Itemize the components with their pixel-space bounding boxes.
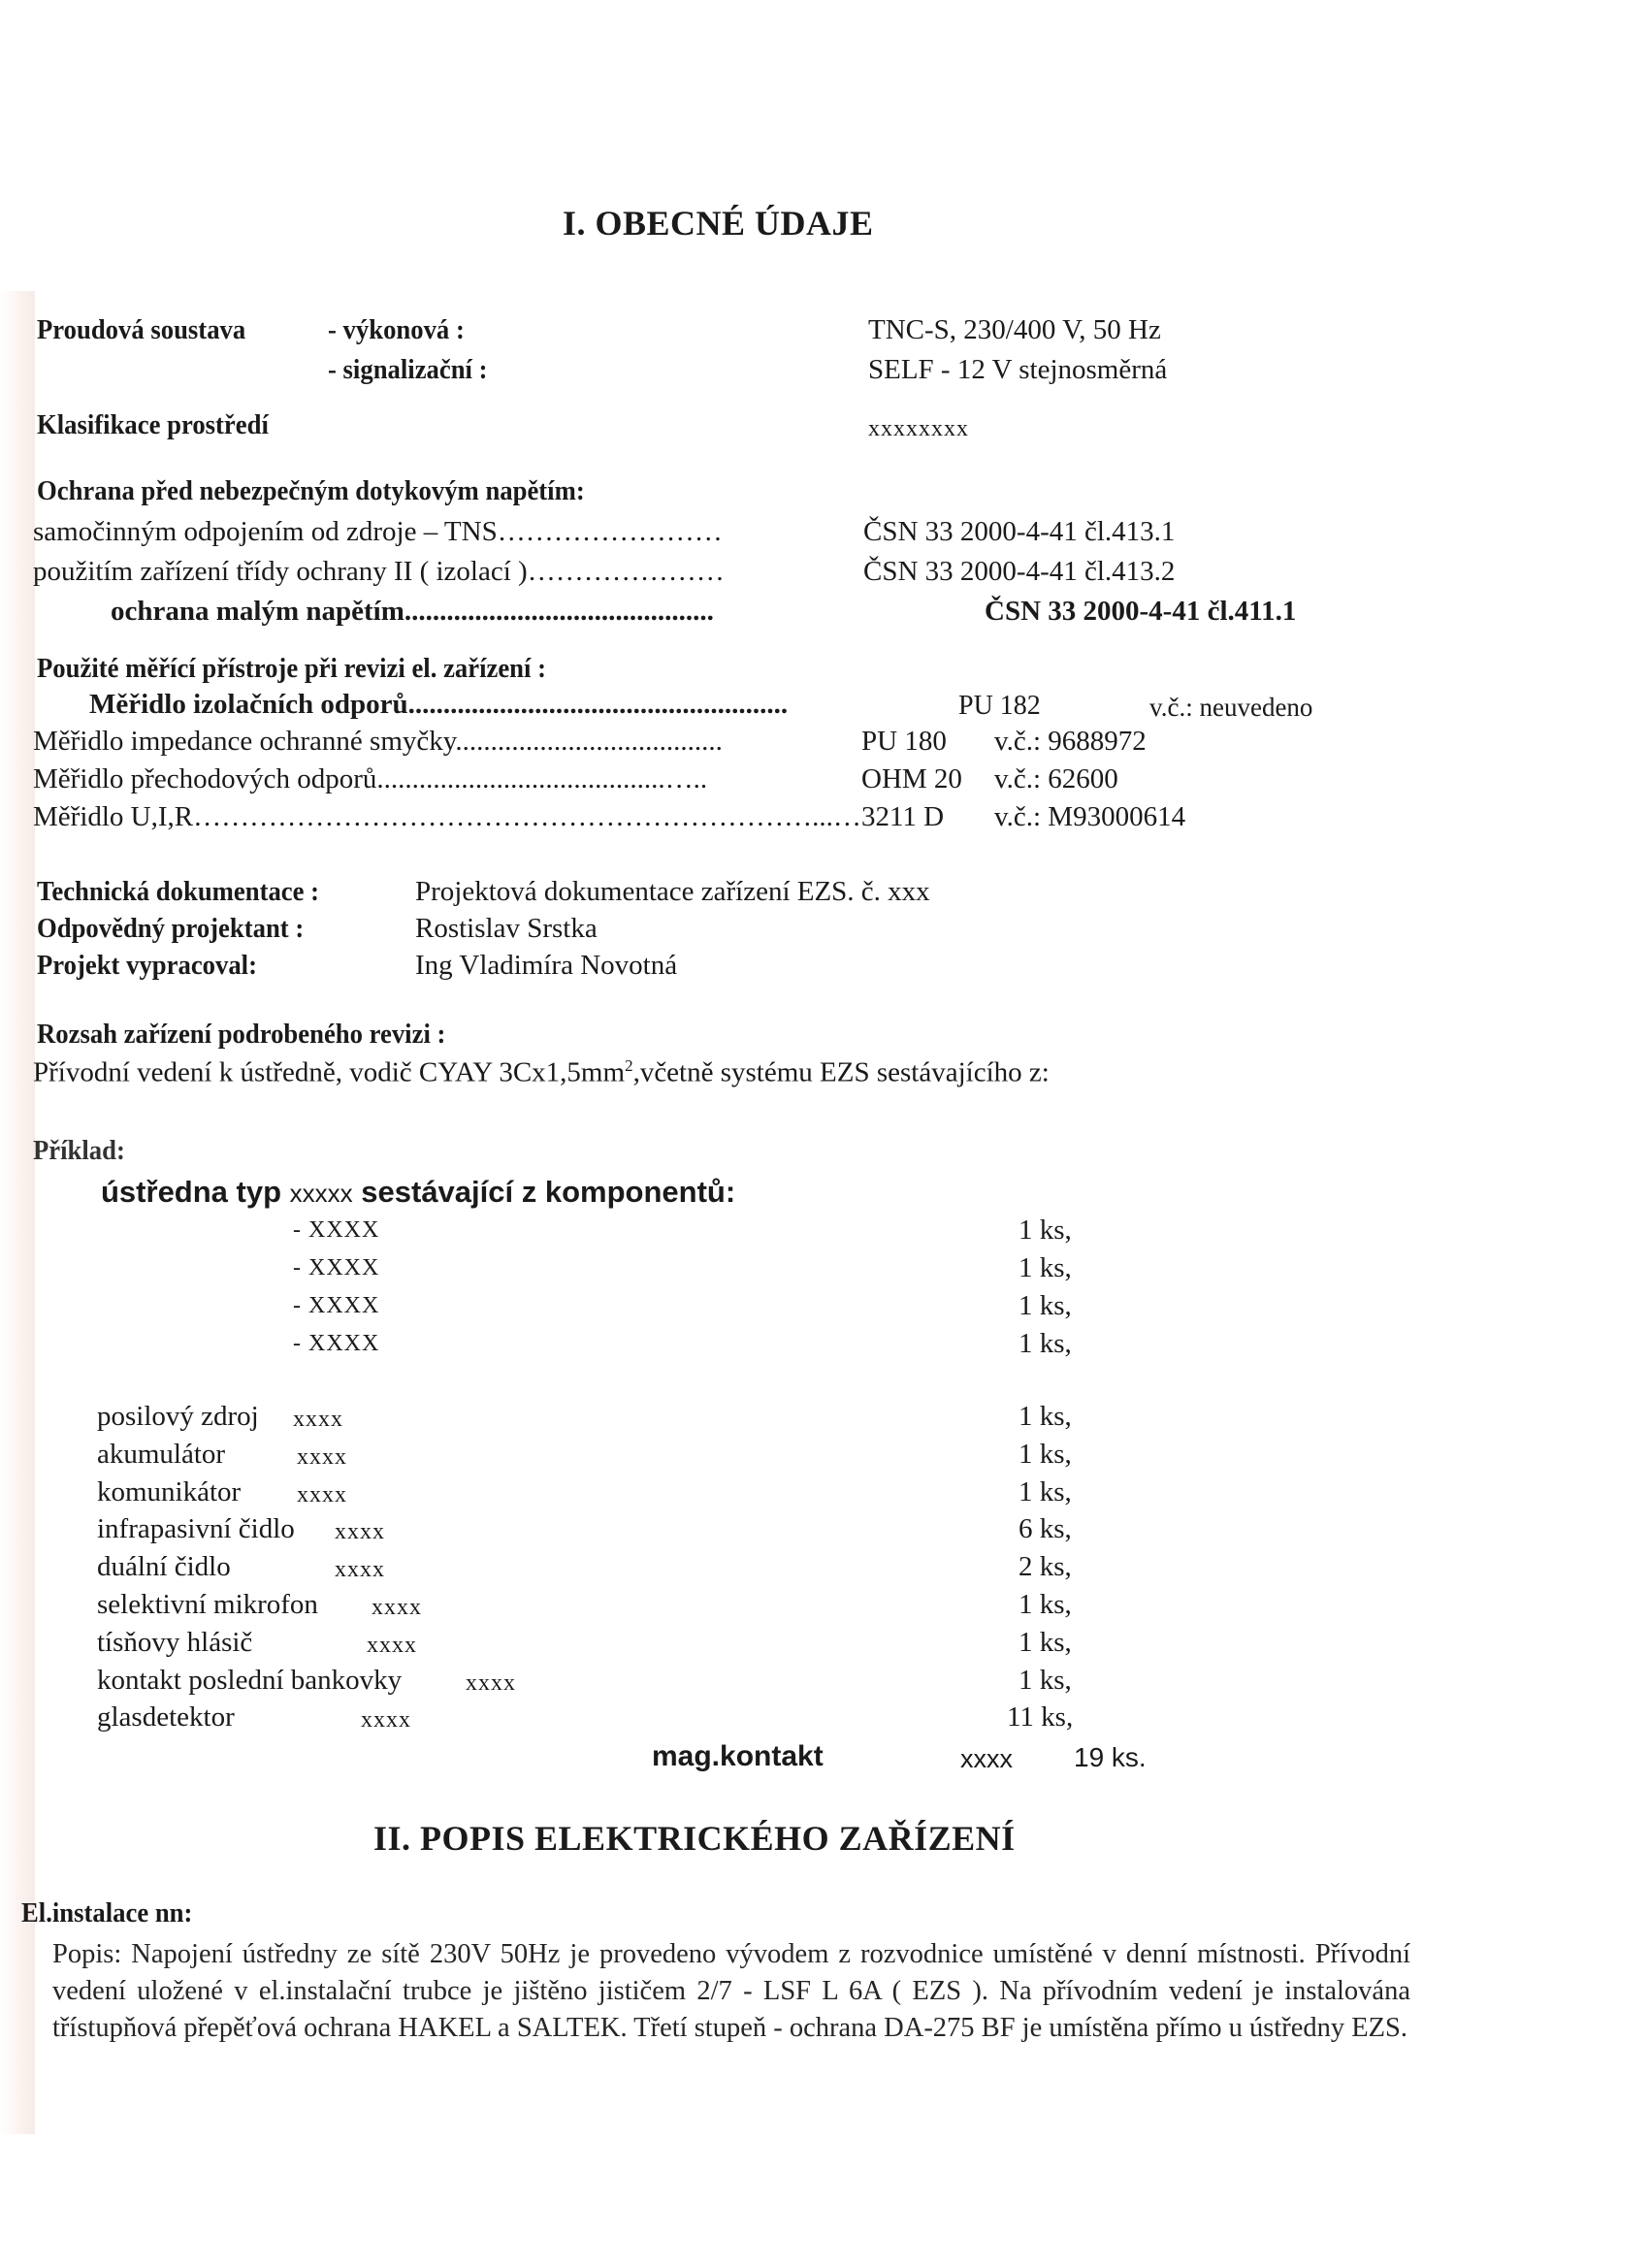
instrument-label: Měřidlo izolačních odporů bbox=[89, 689, 408, 720]
leader-dots: ........................................… bbox=[404, 596, 714, 627]
protection-row: použitím zařízení třídy ochrany II ( izo… bbox=[33, 558, 725, 586]
environment-value: xxxxxxxx bbox=[868, 417, 969, 440]
installation-subheading: El.instalace nn: bbox=[21, 1899, 192, 1928]
example-label: Příklad: bbox=[33, 1137, 125, 1165]
doc-label-prepared-by: Projekt vypracoval: bbox=[37, 952, 257, 980]
component-qty: 1 ks, bbox=[1018, 1254, 1072, 1282]
instrument-label: Měřidlo impedance ochranné smyčky bbox=[33, 726, 455, 757]
component-qty: 1 ks, bbox=[1018, 1292, 1072, 1320]
instrument-model: PU 180 bbox=[861, 728, 947, 756]
component-type: xxxx bbox=[372, 1596, 422, 1619]
installation-description: Popis: Napojení ústředny ze sítě 230V 50… bbox=[52, 1936, 1410, 2047]
protection-row: samočinným odpojením od zdroje – TNS…………… bbox=[33, 518, 723, 546]
current-system-label: Proudová soustava bbox=[37, 316, 245, 344]
leader-dots: ........................................… bbox=[408, 689, 789, 720]
protection-row-label: samočinným odpojením od zdroje – TNS bbox=[33, 516, 498, 547]
component-type: xxxx bbox=[335, 1520, 385, 1543]
scope-text-start: Přívodní vedení k ústředně, vodič CYAY 3… bbox=[33, 1057, 625, 1088]
component-name: akumulátor bbox=[97, 1441, 225, 1469]
component-name: komunikátor bbox=[97, 1478, 241, 1507]
instrument-row: Měřidlo impedance ochranné smyčky.......… bbox=[33, 728, 723, 756]
doc-value-prepared-by: Ing Vladimíra Novotná bbox=[415, 952, 677, 980]
instrument-row: Měřidlo přechodových odporů.............… bbox=[33, 765, 707, 794]
component-type: xxxx bbox=[293, 1408, 343, 1431]
protection-row-norm: ČSN 33 2000-4-41 čl.411.1 bbox=[985, 598, 1296, 626]
doc-value-technical: Projektová dokumentace zařízení EZS. č. … bbox=[415, 878, 930, 906]
leader-dots: …………………… bbox=[498, 516, 723, 547]
protection-row-label: použitím zařízení třídy ochrany II ( izo… bbox=[33, 556, 528, 587]
instrument-row: Měřidlo izolačních odporů...............… bbox=[89, 691, 788, 719]
leader-dots: ........................................… bbox=[376, 763, 707, 794]
scope-heading: Rozsah zařízení podrobeného revizi : bbox=[37, 1021, 445, 1049]
leader-dots: ………………… bbox=[528, 556, 725, 587]
component-qty: 1 ks, bbox=[1018, 1629, 1072, 1657]
component-type: xxxx bbox=[367, 1634, 417, 1657]
component-name: posilový zdroj bbox=[97, 1403, 259, 1431]
mag-contact-qty: 19 ks. bbox=[1074, 1744, 1147, 1771]
instrument-serial: v.č.: M93000614 bbox=[994, 803, 1185, 831]
component-type: xxxx bbox=[335, 1558, 385, 1581]
power-system-label: - výkonová : bbox=[328, 316, 465, 344]
component-name: infrapasivní čidlo bbox=[97, 1515, 295, 1543]
doc-value-designer: Rostislav Srstka bbox=[415, 915, 598, 943]
section-1-title: I. OBECNÉ ÚDAJE bbox=[563, 206, 874, 241]
protection-row-norm: ČSN 33 2000-4-41 čl.413.1 bbox=[863, 518, 1175, 546]
component-qty: 1 ks, bbox=[1018, 1403, 1072, 1431]
component-name: tísňovy hlásič bbox=[97, 1629, 252, 1657]
instrument-serial: v.č.: 9688972 bbox=[994, 728, 1147, 756]
component-name: kontakt poslední bankovky bbox=[97, 1667, 402, 1695]
instrument-label: Měřidlo U,I,R bbox=[33, 801, 193, 832]
leader-dots: ...................................... bbox=[455, 726, 723, 757]
component-name: - XXXX bbox=[293, 1294, 379, 1317]
component-name: selektivní mikrofon bbox=[97, 1591, 318, 1619]
component-qty: 1 ks, bbox=[1018, 1478, 1072, 1507]
protection-row-label: ochrana malým napětím bbox=[111, 596, 404, 627]
component-qty: 2 ks, bbox=[1018, 1553, 1072, 1581]
panel-heading-prefix: ústředna typ bbox=[101, 1175, 290, 1209]
instrument-row: Měřidlo U,I,R…………………………………………………………...… bbox=[33, 803, 861, 831]
doc-label-designer: Odpovědný projektant : bbox=[37, 915, 304, 943]
protection-heading: Ochrana před nebezpečným dotykovým napět… bbox=[37, 477, 585, 505]
signal-system-value: SELF - 12 V stejnosměrná bbox=[868, 356, 1167, 384]
component-type: xxxx bbox=[466, 1671, 516, 1695]
component-type: xxxx bbox=[297, 1483, 347, 1507]
component-qty: 1 ks, bbox=[1018, 1441, 1072, 1469]
leader-dots: …………………………………………………………...… bbox=[193, 801, 861, 832]
mag-contact-name: mag.kontakt bbox=[652, 1742, 824, 1771]
instrument-serial: v.č.: 62600 bbox=[994, 765, 1118, 794]
doc-label-technical: Technická dokumentace : bbox=[37, 878, 319, 906]
instruments-heading: Použité měřící přístroje při revizi el. … bbox=[37, 655, 546, 683]
power-system-value: TNC-S, 230/400 V, 50 Hz bbox=[868, 316, 1161, 344]
component-type: xxxx bbox=[361, 1708, 411, 1732]
component-name: - XXXX bbox=[293, 1218, 379, 1242]
instrument-model: OHM 20 bbox=[861, 765, 962, 794]
component-qty: 1 ks, bbox=[1018, 1591, 1072, 1619]
instrument-serial: v.č.: neuvedeno bbox=[1149, 695, 1312, 721]
panel-type: xxxxx bbox=[290, 1179, 353, 1208]
component-qty: 1 ks, bbox=[1018, 1216, 1072, 1245]
component-name: duální čidlo bbox=[97, 1553, 231, 1581]
component-name: - XXXX bbox=[293, 1256, 379, 1280]
instrument-label: Měřidlo přechodových odporů bbox=[33, 763, 376, 794]
component-qty: 6 ks, bbox=[1018, 1515, 1072, 1543]
scope-text-end: ,včetně systému EZS sestávajícího z: bbox=[633, 1057, 1050, 1088]
scan-edge-shading bbox=[0, 291, 35, 2134]
instrument-model: PU 182 bbox=[958, 693, 1041, 720]
component-name: glasdetektor bbox=[97, 1703, 235, 1732]
environment-label: Klasifikace prostředí bbox=[37, 411, 269, 439]
protection-row: ochrana malým napětím...................… bbox=[111, 598, 714, 626]
scope-superscript: 2 bbox=[625, 1056, 633, 1075]
mag-contact-type: xxxx bbox=[960, 1746, 1013, 1772]
component-name: - XXXX bbox=[293, 1332, 379, 1355]
panel-heading: ústředna typ xxxxx sestávající z kompone… bbox=[101, 1177, 735, 1207]
component-qty: 1 ks, bbox=[1018, 1330, 1072, 1358]
protection-row-norm: ČSN 33 2000-4-41 čl.413.2 bbox=[863, 558, 1175, 586]
section-2-title: II. POPIS ELEKTRICKÉHO ZAŘÍZENÍ bbox=[373, 1821, 1016, 1856]
component-qty: 11 ks, bbox=[1007, 1703, 1073, 1732]
instrument-model: 3211 D bbox=[861, 803, 944, 831]
panel-heading-suffix: sestávající z komponentů: bbox=[353, 1175, 736, 1209]
component-type: xxxx bbox=[297, 1445, 347, 1469]
scope-text: Přívodní vedení k ústředně, vodič CYAY 3… bbox=[33, 1057, 1050, 1087]
signal-system-label: - signalizační : bbox=[328, 356, 488, 384]
component-qty: 1 ks, bbox=[1018, 1667, 1072, 1695]
